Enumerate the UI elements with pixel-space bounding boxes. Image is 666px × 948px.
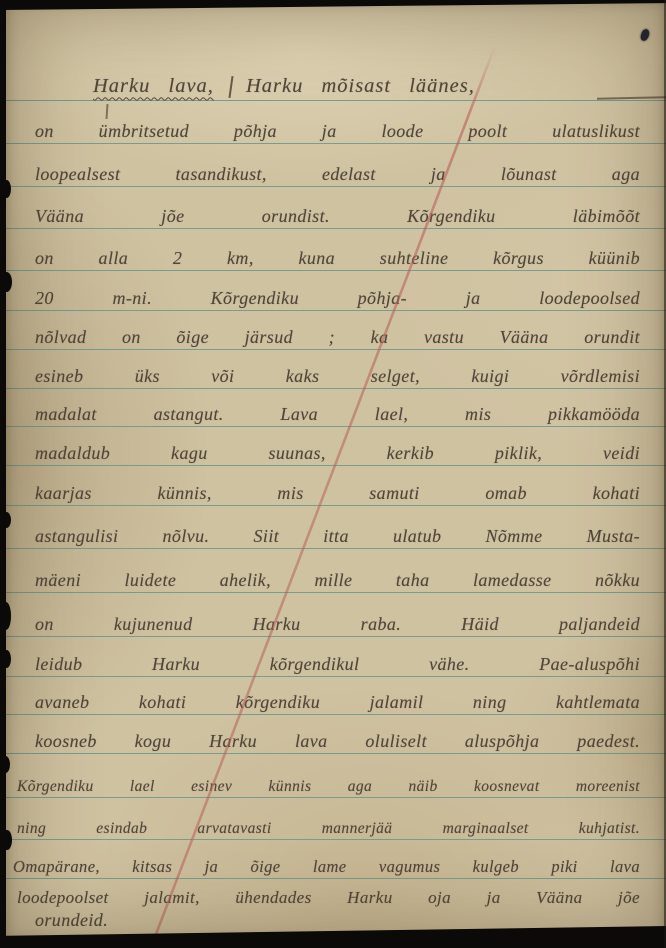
binding-tear (1, 602, 11, 630)
ruled-line-row: Omapärane, kitsas ja õige lame vagumus k… (5, 844, 666, 879)
ruled-line-row: ning esindab arvatavasti mannerjää margi… (5, 805, 666, 840)
ruled-line-row: Vääna jõe orundist. Kõrgendiku läbimõõt (5, 194, 666, 229)
ruled-line-row: madalat astangut. Lava lael, mis pikkamö… (5, 392, 666, 427)
handwritten-line: koosneb kogu Harku lava oluliselt aluspõ… (5, 732, 666, 753)
ruled-line-row: esineb üks või kaks selget, kuigi võrdle… (5, 354, 666, 389)
heading-subtitle: Harku mõisast läänes, (246, 76, 475, 101)
handwritten-line: leidub Harku kõrgendikul vähe. Pae-alusp… (5, 655, 666, 676)
ruled-line-row: on kujunenud Harku raba. Häid paljandeid (5, 602, 666, 637)
handwritten-line: kaarjas künnis, mis samuti omab kohati (5, 484, 666, 505)
ruled-line-row: 20 m-ni. Kõrgendiku põhja- ja loodepools… (5, 276, 666, 311)
handwritten-line: loopealsest tasandikust, edelast ja lõun… (5, 165, 666, 186)
ruled-line-row: madaldub kagu suunas, kerkib piklik, vei… (5, 431, 666, 466)
handwritten-line: astangulisi nõlvu. Siit itta ulatub Nõmm… (5, 527, 666, 548)
ruled-line-row: leidub Harku kõrgendikul vähe. Pae-alusp… (5, 642, 666, 677)
handwritten-line: Kõrgendiku lael esinev künnis aga näib k… (5, 779, 666, 798)
handwritten-line: Vääna jõe orundist. Kõrgendiku läbimõõt (5, 207, 666, 228)
handwritten-line: 20 m-ni. Kõrgendiku põhja- ja loodepools… (5, 289, 666, 310)
ruled-line-row: Kõrgendiku lael esinev künnis aga näib k… (5, 763, 666, 798)
binding-tear (2, 180, 11, 198)
ruled-line-row: nõlvad on õige järsud ; ka vastu Vääna o… (5, 315, 666, 350)
binding-tear (1, 756, 10, 773)
ink-blot (640, 28, 650, 41)
tick-mark (228, 76, 233, 98)
handwritten-line: mäeni luidete ahelik, mille taha lamedas… (5, 571, 666, 592)
binding-tear (2, 830, 12, 850)
binding-tear (1, 272, 12, 292)
ruled-line-row: astangulisi nõlvu. Siit itta ulatub Nõmm… (5, 514, 666, 549)
ruled-line-row: on ümbritsetud põhja ja loode poolt ulat… (5, 109, 666, 144)
ruled-line-row: kaarjas künnis, mis samuti omab kohati (5, 471, 666, 506)
handwritten-line: madaldub kagu suunas, kerkib piklik, vei… (5, 444, 666, 465)
handwritten-line: on alla 2 km, kuna suhteline kõrgus küün… (5, 249, 666, 270)
ruled-line-row: avaneb kohati kõrgendiku jalamil ning ka… (5, 680, 666, 715)
ruled-line-row: on alla 2 km, kuna suhteline kõrgus küün… (5, 236, 666, 271)
handwritten-line: esineb üks või kaks selget, kuigi võrdle… (5, 367, 666, 388)
binding-tear (2, 650, 11, 668)
handwritten-line: madalat astangut. Lava lael, mis pikkamö… (5, 405, 666, 426)
photo-frame: Harku lava, Harku mõisast läänes, on ümb… (0, 0, 666, 948)
notebook-page: Harku lava, Harku mõisast läänes, on ümb… (5, 0, 666, 942)
heading-row: Harku lava, Harku mõisast läänes, (5, 66, 666, 101)
handwritten-line: avaneb kohati kõrgendiku jalamil ning ka… (5, 693, 666, 714)
handwritten-line: nõlvad on õige järsud ; ka vastu Vääna o… (5, 328, 666, 349)
ruled-line-row: mäeni luidete ahelik, mille taha lamedas… (5, 558, 666, 593)
ruled-line-row: koosneb kogu Harku lava oluliselt aluspõ… (5, 719, 666, 754)
handwritten-line: on ümbritsetud põhja ja loode poolt ulat… (5, 122, 666, 143)
ruled-line-row: loopealsest tasandikust, edelast ja lõun… (5, 152, 666, 187)
handwritten-line: on kujunenud Harku raba. Häid paljandeid (5, 615, 666, 636)
handwritten-line: ning esindab arvatavasti mannerjää margi… (5, 821, 666, 840)
heading-title: Harku lava, (93, 76, 214, 101)
binding-tear (2, 512, 11, 528)
page-edge-left (0, 0, 6, 948)
